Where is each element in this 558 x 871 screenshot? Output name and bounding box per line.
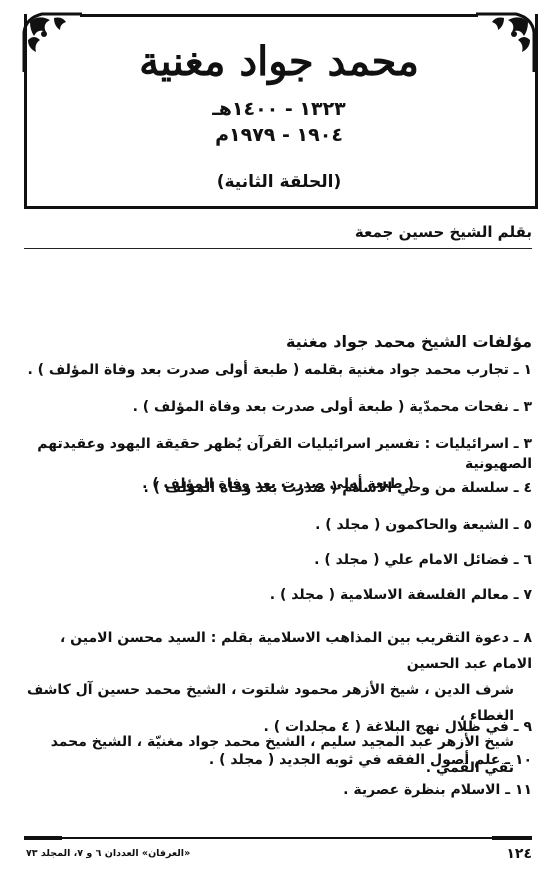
dates-hijri: ١٣٢٣ - ١٤٠٠هـ xyxy=(0,98,558,120)
byline-divider xyxy=(24,248,532,249)
list-item-line: ٧ ـ معالم الفلسفة الاسلامية ( مجلد ) . xyxy=(24,585,532,605)
list-item-line: ١ ـ تجارب محمد جواد مغنية بقلمه ( طبعة أ… xyxy=(24,360,532,380)
list-item-line: ٣ ـ اسرائيليات : تفسير اسرائيليات القرآن… xyxy=(24,434,532,474)
dates-gregorian: ١٩٠٤ - ١٩٧٩م xyxy=(0,124,558,146)
list-item: ٨ ـ دعوة التقريب بين المذاهب الاسلامية ب… xyxy=(24,625,532,717)
list-item: ٣ ـ نفحات محمدّية ( طبعة أولى صدرت بعد و… xyxy=(24,397,532,434)
footer-divider-accent xyxy=(492,836,532,840)
list-item-line: ٥ ـ الشيعة والحاكمون ( مجلد ) . xyxy=(24,515,532,535)
list-item: ٥ ـ الشيعة والحاكمون ( مجلد ) . xyxy=(24,515,532,550)
page-number: ١٢٤ xyxy=(506,846,532,862)
list-item: ٦ ـ فضائل الامام علي ( مجلد ) . xyxy=(24,550,532,585)
list-item: ١ ـ تجارب محمد جواد مغنية بقلمه ( طبعة أ… xyxy=(24,360,532,397)
list-item: ٤ ـ سلسلة من وحي الاسلام ( صدرت بعد وفاة… xyxy=(24,478,532,515)
footer-divider xyxy=(24,837,532,839)
episode-label: (الحلقة الثانية) xyxy=(0,172,558,192)
list-item-line: ١١ ـ الاسلام بنظرة عصرية . xyxy=(24,780,532,800)
footer-divider-accent xyxy=(24,836,62,840)
list-item-line: ٣ ـ نفحات محمدّية ( طبعة أولى صدرت بعد و… xyxy=(24,397,532,417)
list-item: ٣ ـ اسرائيليات : تفسير اسرائيليات القرآن… xyxy=(24,434,532,478)
works-heading: مؤلفات الشيخ محمد جواد مغنية xyxy=(286,332,532,351)
list-item-line: ٤ ـ سلسلة من وحي الاسلام ( صدرت بعد وفاة… xyxy=(24,478,532,498)
journal-reference: «العرفان» العددان ٦ و ٧، المجلد ٧٣ xyxy=(26,848,190,859)
article-title: محمد جواد مغنية xyxy=(0,38,558,85)
author-byline: بقلم الشيخ حسين جمعة xyxy=(355,223,532,241)
header-frame-top-rule xyxy=(80,14,478,17)
list-item: ١١ ـ الاسلام بنظرة عصرية . xyxy=(24,780,532,810)
document-page: محمد جواد مغنية ١٣٢٣ - ١٤٠٠هـ ١٩٠٤ - ١٩٧… xyxy=(0,0,558,871)
works-list: ١ ـ تجارب محمد جواد مغنية بقلمه ( طبعة أ… xyxy=(24,360,532,810)
list-item: ٧ ـ معالم الفلسفة الاسلامية ( مجلد ) . xyxy=(24,585,532,625)
list-item-line: ٨ ـ دعوة التقريب بين المذاهب الاسلامية ب… xyxy=(24,625,532,677)
list-item-line: ٦ ـ فضائل الامام علي ( مجلد ) . xyxy=(24,550,532,570)
